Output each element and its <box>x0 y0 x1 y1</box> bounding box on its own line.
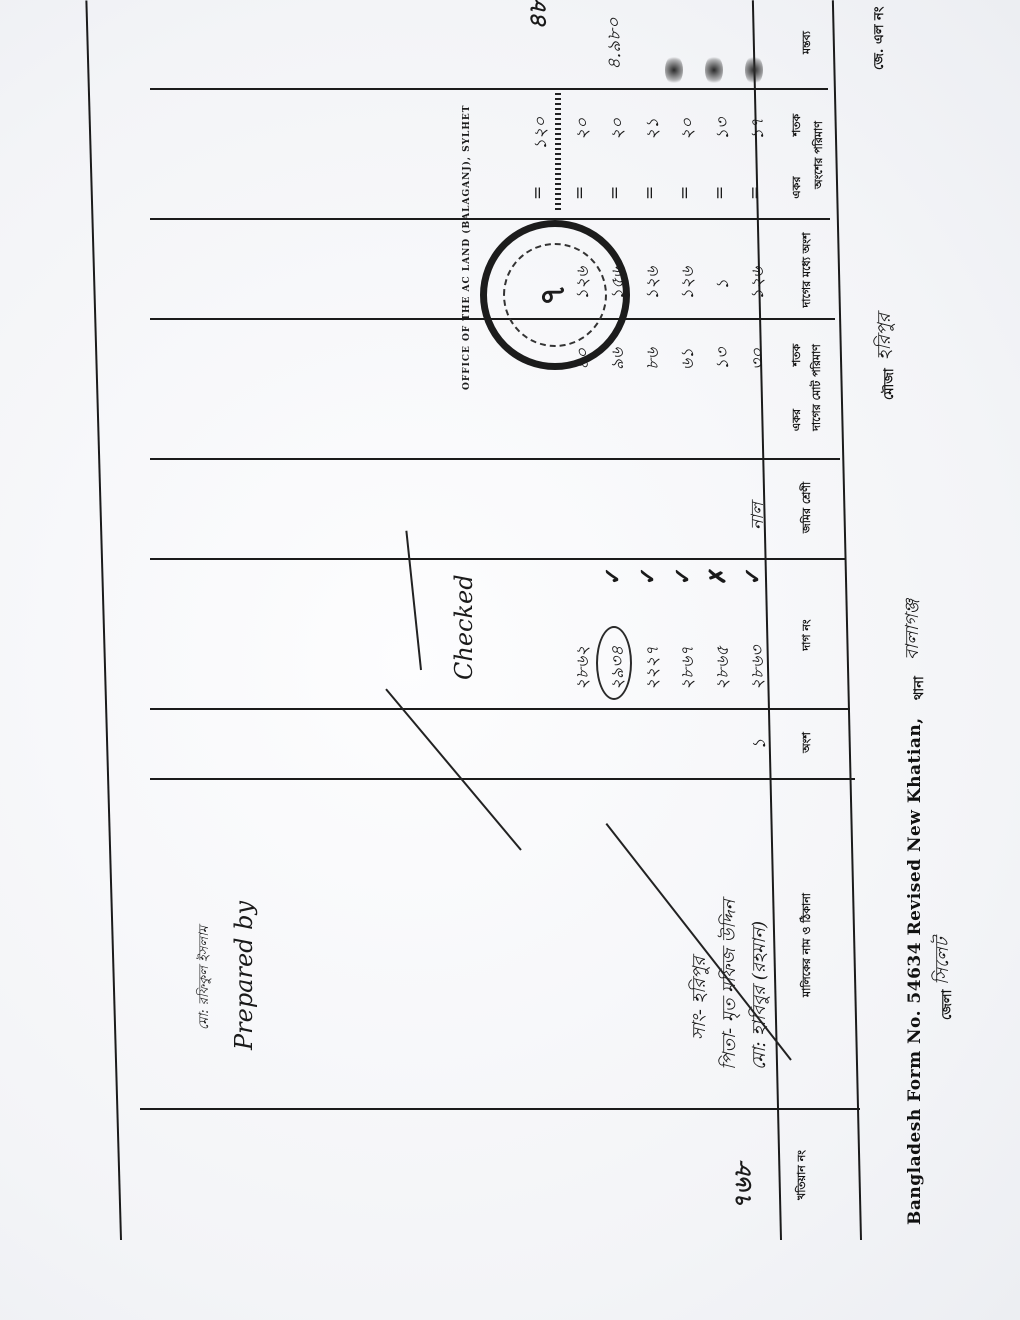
khatian-number: ৭৬৮ <box>725 1163 765 1210</box>
col-subheader-decimal: শতক <box>790 325 803 385</box>
area-in-share: ২০ <box>570 118 598 140</box>
area-in-share: ১৭ <box>745 118 773 140</box>
total-area: ৩০ <box>745 348 773 370</box>
col-divider <box>150 458 840 460</box>
ink-smudge <box>665 55 683 85</box>
area-in-share: ২০ <box>675 118 703 140</box>
official-seal-stamp: ৭ <box>480 220 630 370</box>
dag-number: ২৮৬৫ <box>710 646 738 690</box>
col-header-khatian: খতিয়ান নং <box>795 1120 808 1230</box>
total-underline <box>555 90 561 210</box>
col-header-area-in-share: অংশের পরিমাণ <box>812 95 825 215</box>
remarks-value: ৪.৯৮০ <box>600 18 631 70</box>
prepared-by-annotation: Prepared by <box>230 901 258 1050</box>
owner-line: মো: হাবিবুর (রহমান) <box>745 921 776 1070</box>
check-mark: ✗ <box>705 567 731 585</box>
equals-sign: = <box>675 186 695 200</box>
jl-label: জে. এল নং <box>870 7 891 70</box>
col-divider <box>150 558 845 560</box>
equals-sign: = <box>605 186 625 200</box>
check-mark: ✓ <box>740 567 766 585</box>
col-header-remarks: মন্তব্য <box>800 5 813 80</box>
equals-sign: = <box>640 186 660 200</box>
col-header-share-in-dag: দাগের মধ্যে অংশ <box>800 225 813 315</box>
table-top-border <box>832 0 862 1240</box>
check-mark: ✓ <box>600 567 626 585</box>
total-area: ৮৬ <box>640 348 668 370</box>
dag-number: ২৮৬২ <box>570 646 598 690</box>
owner-line: সাং- হরিপুর <box>685 957 716 1040</box>
dag-number: ২২২৭ <box>640 646 668 690</box>
area-in-share: ২১ <box>640 118 668 140</box>
col-header-total-area: দাগের মোট পরিমাণ <box>810 325 823 450</box>
share-in-dag: ১ <box>710 279 738 290</box>
district-value: সিলেট <box>928 938 959 986</box>
area-in-share: ১৩ <box>710 118 738 140</box>
scanned-document: Bangladesh Form No. 54634 Revised New Kh… <box>0 0 1020 1320</box>
col-divider <box>150 88 828 90</box>
col-header-dag: দাগ নং <box>800 570 813 700</box>
total-area: ৯৬ <box>605 348 633 370</box>
district-label: জেলা <box>938 990 959 1020</box>
thana-value: বালাগঞ্জ <box>898 599 929 660</box>
mouza-value: হরিপুর <box>870 313 901 360</box>
stamp-center-number: ৭ <box>503 243 607 347</box>
share-value: ১ <box>745 738 776 750</box>
equals-sign: = <box>570 186 590 200</box>
dag-number: ২৮৬৭ <box>675 646 703 690</box>
col-subheader-decimal: শতক <box>790 95 803 155</box>
col-subheader-acre: একর <box>790 390 803 450</box>
table-bottom-border <box>85 0 122 1240</box>
col-subheader-acre: একর <box>790 160 803 215</box>
signature-total: ৪৮ <box>520 0 560 30</box>
equals-sign: = <box>745 186 765 200</box>
signature-stroke <box>405 531 422 670</box>
ink-smudge <box>745 55 763 85</box>
form-title: Bangladesh Form No. 54634 Revised New Kh… <box>905 717 925 1225</box>
check-mark: ✓ <box>670 567 696 585</box>
equals-sign: = <box>710 186 730 200</box>
khatian-form-page: Bangladesh Form No. 54634 Revised New Kh… <box>0 0 1020 1320</box>
total-area-in-share: ১২০ <box>528 117 556 150</box>
col-divider <box>150 708 850 710</box>
col-divider <box>150 778 855 780</box>
total-area: ১৩ <box>710 348 738 370</box>
preparer-name: মো: রফিকুল ইসলাম <box>195 926 216 1030</box>
stamp-ring-text: OFFICE OF THE AC LAND (BALAGANJ), SYLHET <box>462 105 472 390</box>
dag-number: ২৮৬৩ <box>745 646 773 690</box>
col-header-land-class: জমির শ্রেণী <box>800 465 813 550</box>
area-in-share: ২০ <box>605 118 633 140</box>
diagonal-strike <box>385 688 522 850</box>
mouza-label: মৌজা <box>880 368 901 400</box>
share-in-dag: ১২৬ <box>745 267 773 300</box>
total-area: ৬১ <box>675 348 703 370</box>
share-in-dag: ১২৬ <box>675 267 703 300</box>
equals-sign: = <box>528 186 548 200</box>
thana-label: থানা <box>910 676 931 700</box>
check-mark: ✓ <box>635 567 661 585</box>
col-divider <box>150 218 830 220</box>
share-in-dag: ১২৬ <box>640 267 668 300</box>
checked-annotation: Checked <box>450 574 478 680</box>
col-header-owner: মালিকের নাম ও ঠিকানা <box>800 790 813 1100</box>
col-header-share: অংশ <box>800 715 813 770</box>
circled-dag-marker <box>596 626 632 700</box>
ink-smudge <box>705 55 723 85</box>
land-class: নাল <box>745 502 773 530</box>
col-divider <box>140 1108 860 1110</box>
